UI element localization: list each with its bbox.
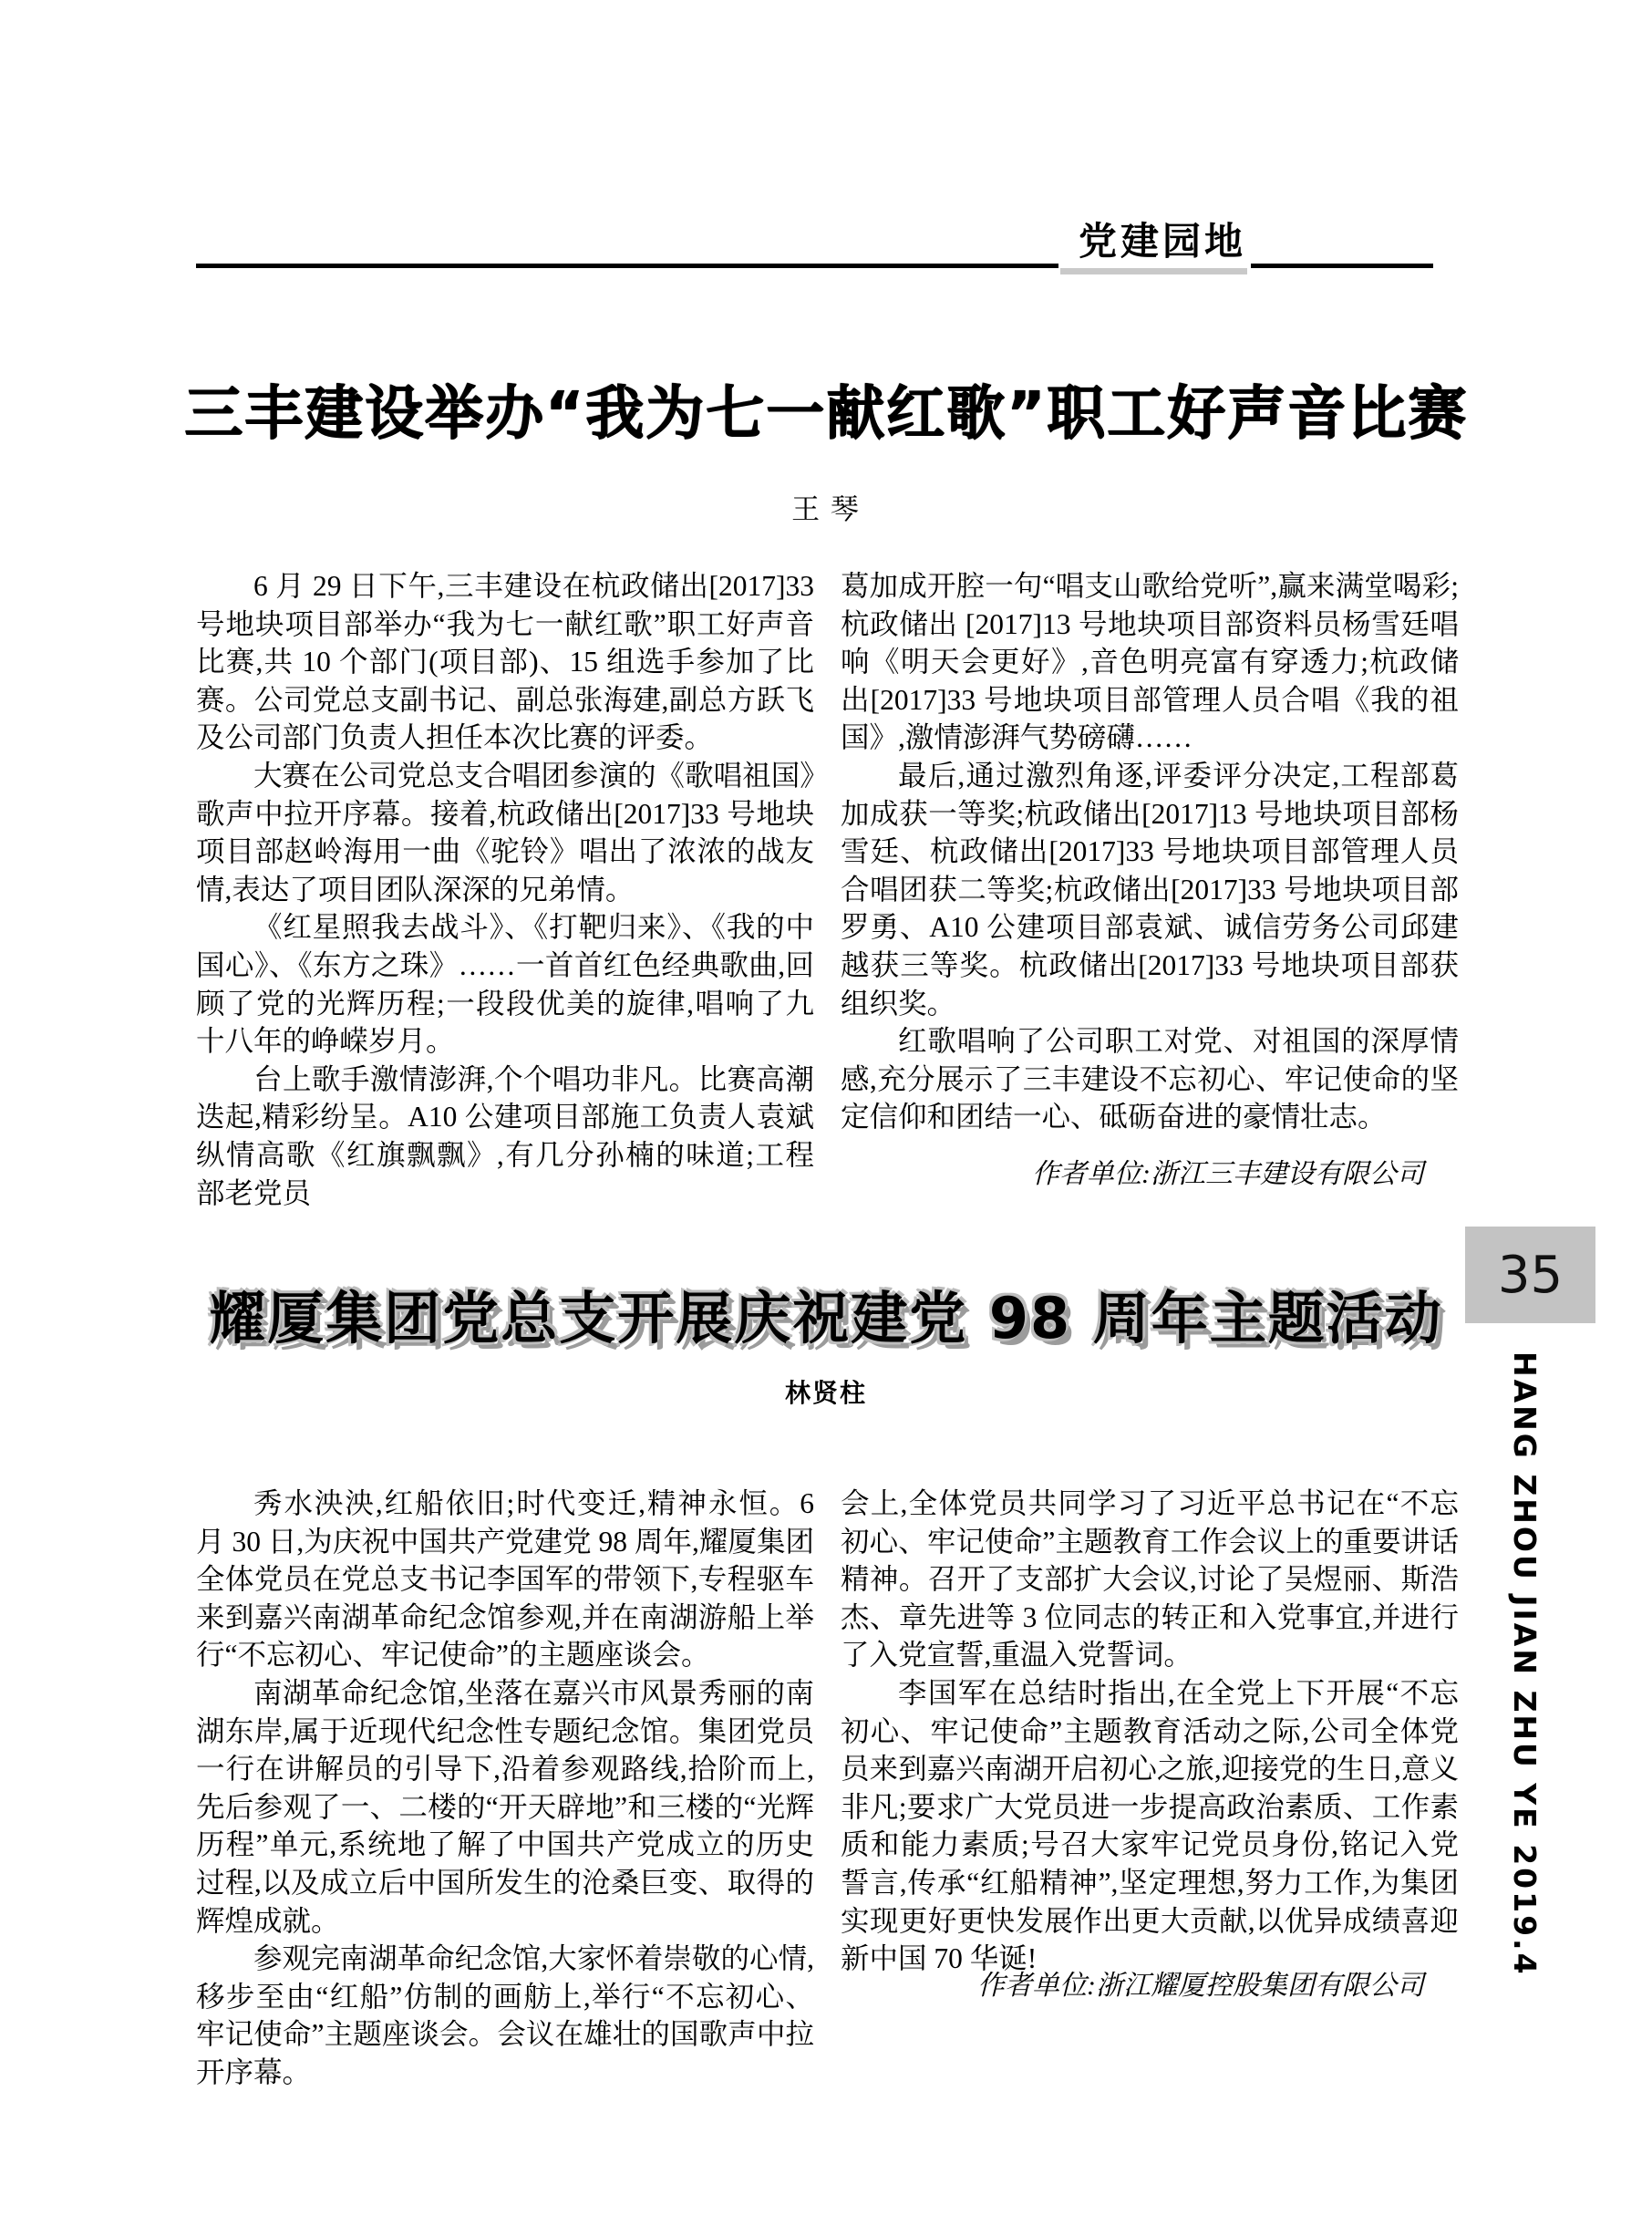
header-rule-left [196, 264, 1058, 268]
section-label: 党建园地 [1067, 219, 1258, 264]
article1-author-unit: 作者单位:浙江三丰建设有限公司 [841, 1151, 1459, 1191]
page-number: 35 [1498, 1246, 1563, 1305]
article2-author: 林贤柱 [137, 1373, 1515, 1410]
article1-author: 王 琴 [137, 486, 1515, 527]
article2-author-unit: 作者单位:浙江耀厦控股集团有限公司 [841, 1962, 1459, 2003]
paragraph: 《红星照我去战斗》、《打靶归来》、《我的中国心》、《东方之珠》……一首首红色经典… [196, 908, 814, 1060]
paragraph: 台上歌手激情澎湃,个个唱功非凡。比赛高潮迭起,精彩纷呈。A10 公建项目部施工负… [196, 1061, 814, 1212]
section-label-shadow [1060, 268, 1247, 274]
paragraph: 大赛在公司党总支合唱团参演的《歌唱祖国》歌声中拉开序幕。接着,杭政储出[2017… [196, 757, 814, 908]
paragraph-continuation: 会上,全体党员共同学习了习近平总书记在“不忘初心、牢记使命”主题教育工作会议上的… [841, 1485, 1459, 1674]
article2-title: 耀厦集团党总支开展庆祝建党 98 周年主题活动 [137, 1273, 1515, 1354]
journal-name-vertical: HANG ZHOU JIAN ZHU YE 2019.4 [1507, 1351, 1543, 1977]
article2-right-column: 会上,全体党员共同学习了习近平总书记在“不忘初心、牢记使命”主题教育工作会议上的… [841, 1485, 1459, 1978]
paragraph: 红歌唱响了公司职工对党、对祖国的深厚情感,充分展示了三丰建设不忘初心、牢记使命的… [841, 1022, 1459, 1136]
article2-left-column: 秀水泱泱,红船依旧;时代变迁,精神永恒。6 月 30 日,为庆祝中国共产党建党 … [196, 1485, 814, 2092]
paragraph-continuation: 葛加成开腔一句“唱支山歌给党听”,赢来满堂喝彩;杭政储出 [2017]13 号地… [841, 567, 1459, 757]
paragraph: 参观完南湖革命纪念馆,大家怀着崇敬的心情,移步至由“红船”仿制的画舫上,举行“不… [196, 1940, 814, 2091]
header-rule-right [1251, 264, 1433, 268]
page-number-badge: 35 [1465, 1227, 1595, 1323]
article1-right-column: 葛加成开腔一句“唱支山歌给党听”,赢来满堂喝彩;杭政储出 [2017]13 号地… [841, 567, 1459, 1136]
article1-left-column: 6 月 29 日下午,三丰建设在杭政储出[2017]33 号地块项目部举办“我为… [196, 567, 814, 1212]
article1-title: 三丰建设举办“我为七一献红歌”职工好声音比赛 [137, 367, 1515, 450]
paragraph: 秀水泱泱,红船依旧;时代变迁,精神永恒。6 月 30 日,为庆祝中国共产党建党 … [196, 1485, 814, 1674]
paragraph: 李国军在总结时指出,在全党上下开展“不忘初心、牢记使命”主题教育活动之际,公司全… [841, 1674, 1459, 1978]
paragraph: 6 月 29 日下午,三丰建设在杭政储出[2017]33 号地块项目部举办“我为… [196, 567, 814, 757]
magazine-page: 党建园地 三丰建设举办“我为七一献红歌”职工好声音比赛 王 琴 6 月 29 日… [0, 0, 1652, 2226]
paragraph: 南湖革命纪念馆,坐落在嘉兴市风景秀丽的南湖东岸,属于近现代纪念性专题纪念馆。集团… [196, 1674, 814, 1940]
paragraph: 最后,通过激烈角逐,评委评分决定,工程部葛加成获一等奖;杭政储出[2017]13… [841, 757, 1459, 1022]
